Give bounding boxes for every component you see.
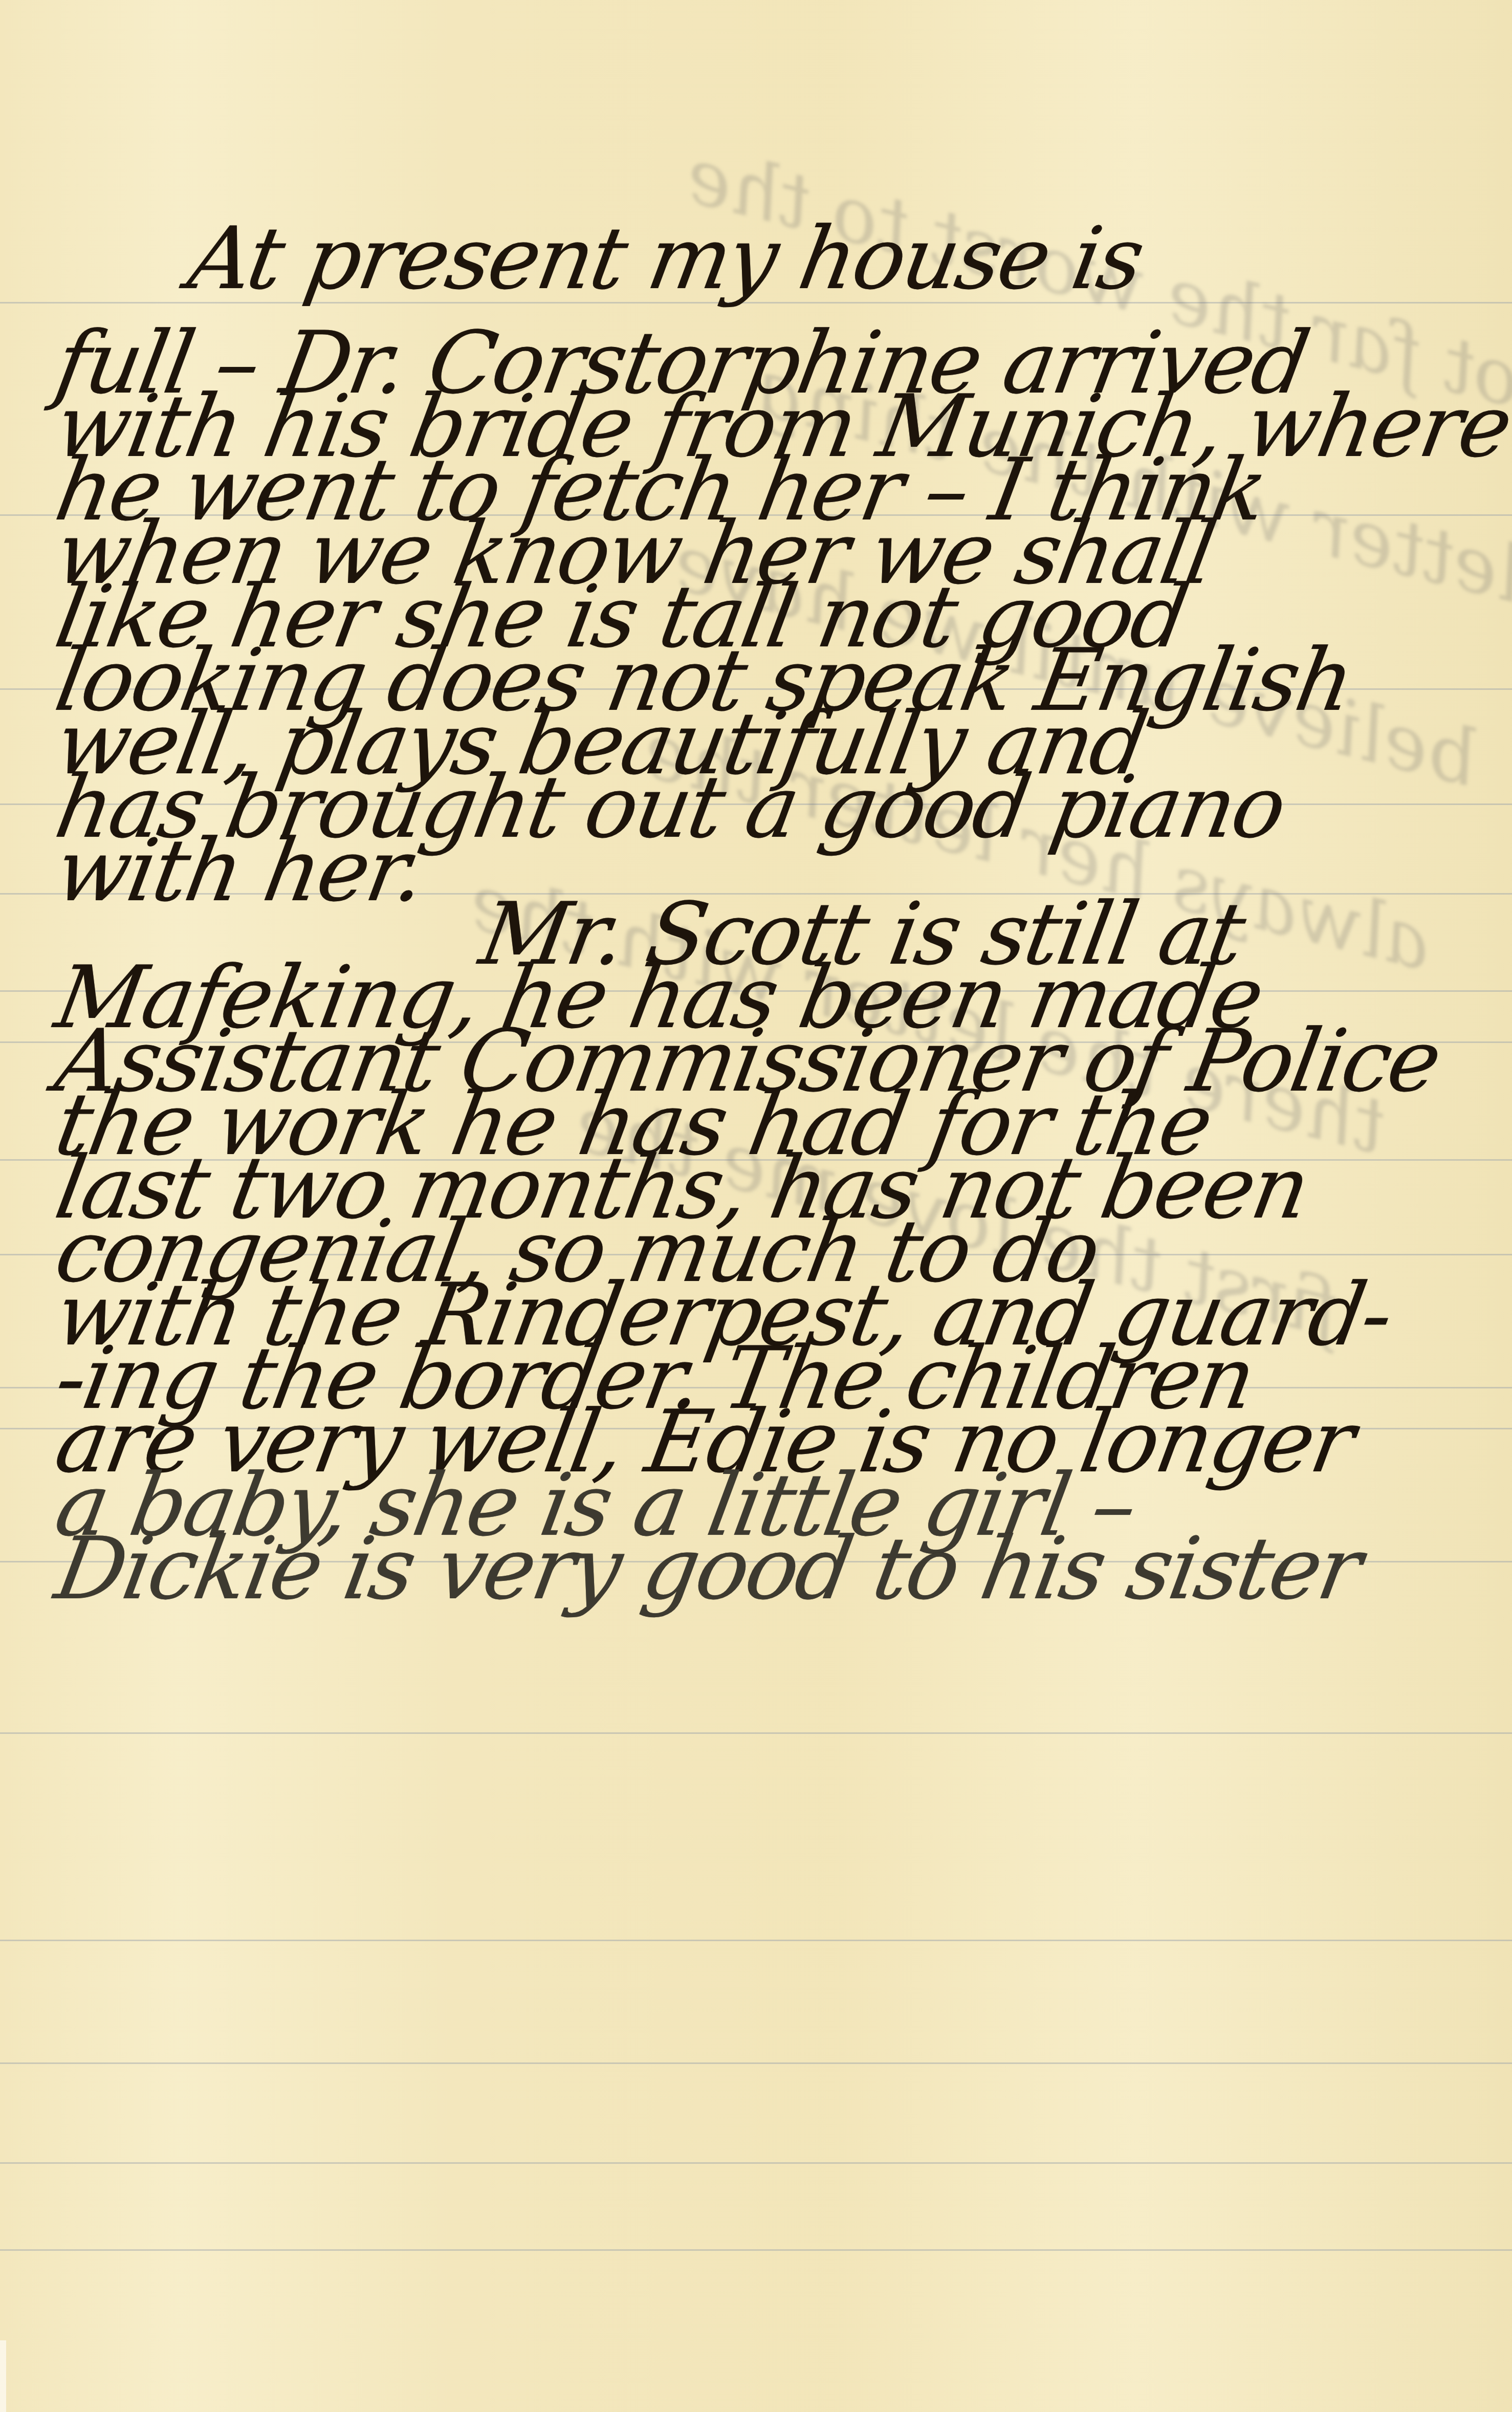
ruled-line	[0, 1732, 1512, 1734]
ruled-line	[0, 2162, 1512, 2164]
ruled-line	[0, 2249, 1512, 2251]
page-edge-tab	[0, 2340, 6, 2412]
letter-line: Dickie is very good to his sister	[36, 1510, 1512, 1691]
ruled-line	[0, 1940, 1512, 1941]
letter-page: not far the worst to the letter with the…	[0, 0, 1512, 2412]
letter-body: At present my house is full – Dr. Corsto…	[36, 200, 1494, 1691]
ruled-line	[0, 2062, 1512, 2064]
